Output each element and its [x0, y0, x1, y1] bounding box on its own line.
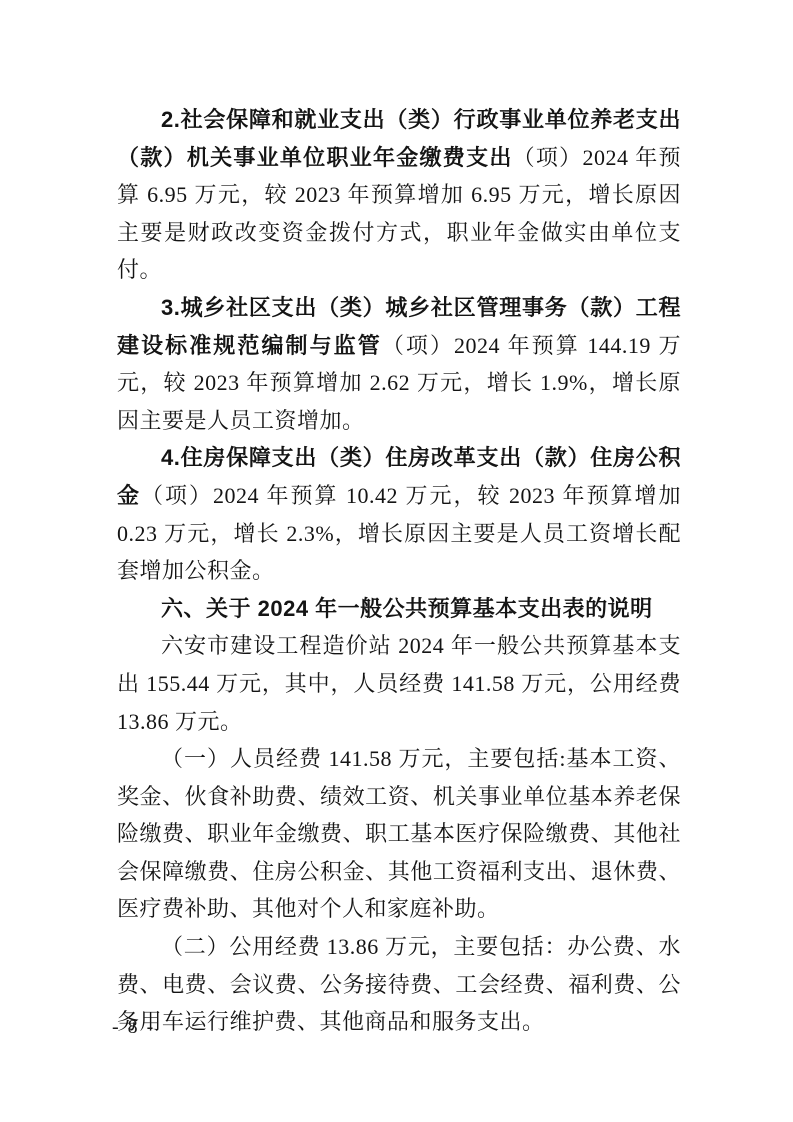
section-paragraph: 六安市建设工程造价站 2024 年一般公共预算基本支出 155.44 万元，其中…: [117, 627, 681, 740]
section-paragraph: （二）公用经费 13.86 万元，主要包括：办公费、水费、电费、会议费、公务接待…: [117, 928, 681, 1041]
document-page: 2.社会保障和就业支出（类）行政事业单位养老支出（款）机关事业单位职业年金缴费支…: [0, 0, 793, 1122]
section-paragraph: （一）人员经费 141.58 万元，主要包括:基本工资、奖金、伙食补助费、绩效工…: [117, 740, 681, 928]
budget-item-detail: （项）2024 年预算 10.42 万元，较 2023 年预算增加 0.23 万…: [117, 483, 681, 583]
budget-item-paragraph: 3.城乡社区支出（类）城乡社区管理事务（款）工程建设标准规范编制与监管（项）20…: [117, 289, 681, 439]
page-number: - 8 -: [112, 1016, 155, 1039]
budget-item-paragraph: 2.社会保障和就业支出（类）行政事业单位养老支出（款）机关事业单位职业年金缴费支…: [117, 101, 681, 289]
section-heading: 六、关于 2024 年一般公共预算基本支出表的说明: [117, 590, 681, 628]
budget-item-paragraph: 4.住房保障支出（类）住房改革支出（款）住房公积金（项）2024 年预算 10.…: [117, 439, 681, 589]
document-body: 2.社会保障和就业支出（类）行政事业单位养老支出（款）机关事业单位职业年金缴费支…: [117, 101, 681, 1041]
